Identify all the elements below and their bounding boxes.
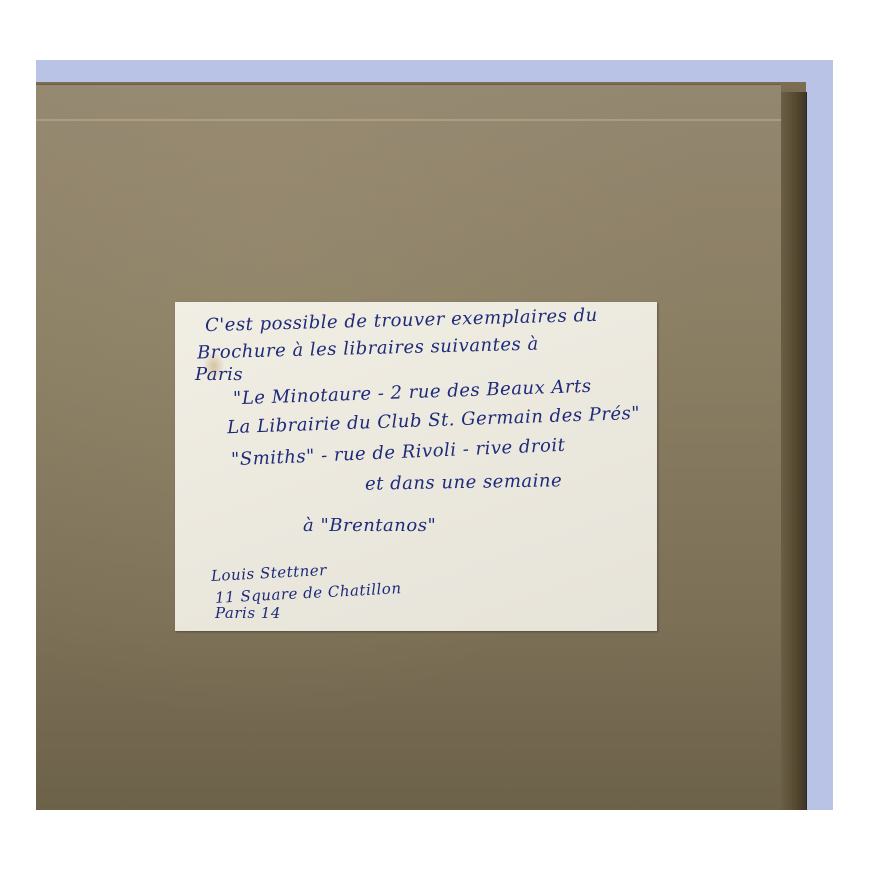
note-line-1: C'est possible de trouver exemplaires du xyxy=(205,305,598,336)
page-crease xyxy=(36,119,781,121)
signature-name: Louis Stettner xyxy=(211,561,328,585)
note-line-3: Paris xyxy=(195,364,243,385)
note-line-4: "Le Minotaure - 2 rue des Beaux Arts xyxy=(233,376,592,410)
book-endpaper: C'est possible de trouver exemplaires du… xyxy=(36,84,781,810)
signature-address-line2: Paris 14 xyxy=(215,604,281,622)
photograph: C'est possible de trouver exemplaires du… xyxy=(36,60,833,810)
book-spine-edge xyxy=(781,92,807,810)
note-line-2: Brochure à les libraires suivantes à xyxy=(197,334,539,364)
note-line-5: La Librairie du Club St. Germain des Pré… xyxy=(227,403,641,438)
handwritten-note-card: C'est possible de trouver exemplaires du… xyxy=(175,302,657,631)
note-line-7: et dans une semaine xyxy=(365,470,563,494)
note-line-8: à "Brentanos" xyxy=(303,515,436,536)
note-line-6: "Smiths" - rue de Rivoli - rive droit xyxy=(231,435,566,471)
